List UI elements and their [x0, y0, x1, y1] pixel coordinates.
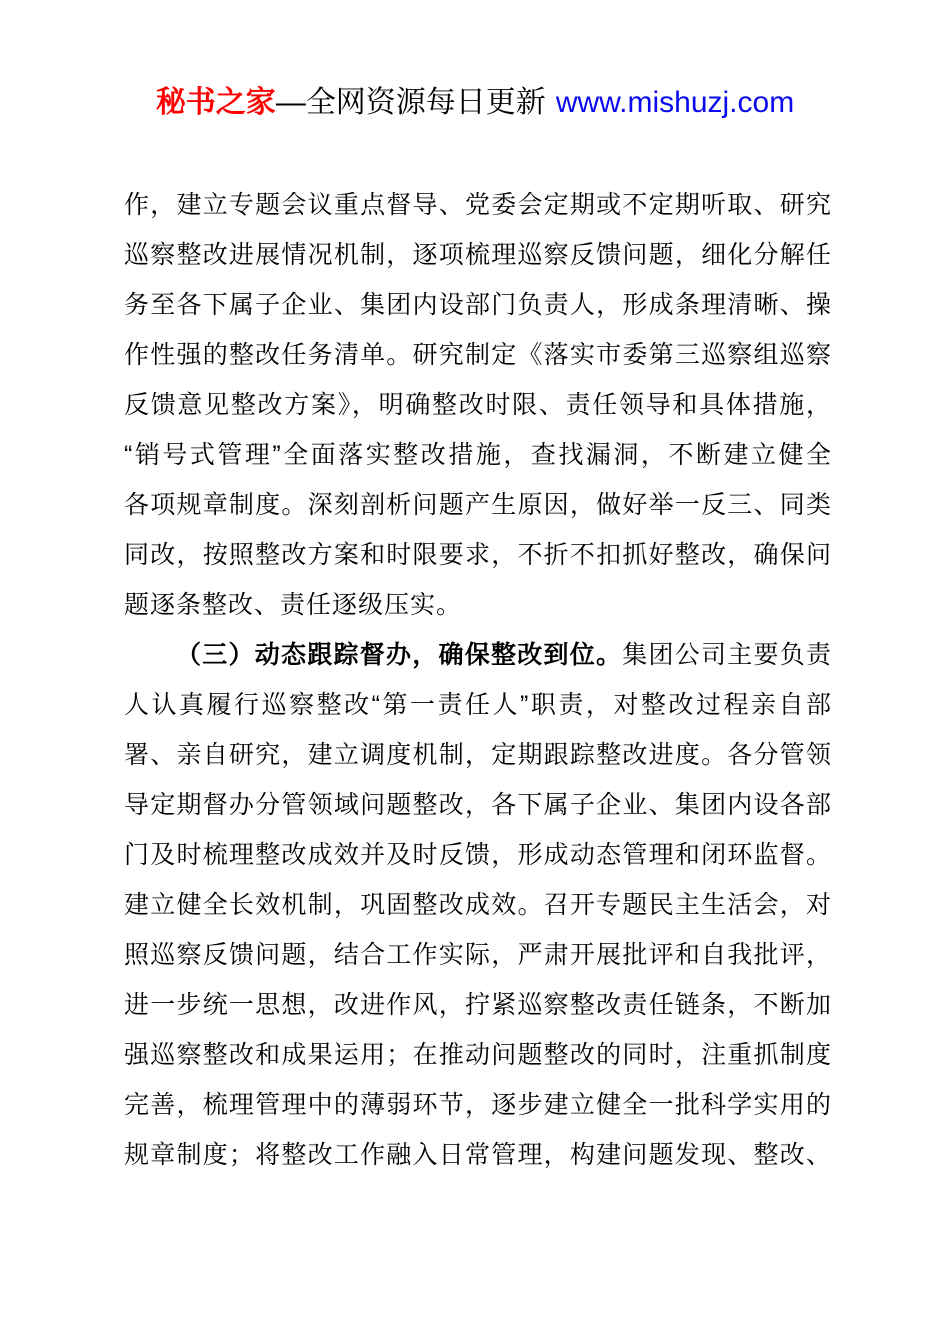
paragraph-line: 照巡察反馈问题，结合工作实际，严肃开展批评和自我批评， [124, 930, 832, 980]
paragraph-line: 反馈意见整改方案》，明确整改时限、责任领导和具体措施， [124, 380, 832, 430]
paragraph-line: 导定期督办分管领域问题整改，各下属子企业、集团内设各部 [124, 780, 832, 830]
paragraph-line: 人认真履行巡察整改“第一责任人”职责，对整改过程亲自部 [124, 680, 832, 730]
paragraph-line: 规章制度；将整改工作融入日常管理，构建问题发现、整改、 [124, 1130, 832, 1180]
paragraph-line: 署、亲自研究，建立调度机制，定期跟踪整改进度。各分管领 [124, 730, 832, 780]
paragraph-line: 作性强的整改任务清单。研究制定《落实市委第三巡察组巡察 [124, 330, 832, 380]
paragraph-last-line: 题逐条整改、责任逐级压实。 [124, 580, 832, 630]
paragraph-line: 作，建立专题会议重点督导、党委会定期或不定期听取、研究 [124, 180, 832, 230]
document-page: 秘书之家—全网资源每日更新www.mishuzj.com 作，建立专题会议重点督… [0, 0, 950, 1344]
paragraph-line: 进一步统一思想，改进作风，拧紧巡察整改责任链条，不断加 [124, 980, 832, 1030]
paragraph-line: 同改，按照整改方案和时限要求，不折不扣抓好整改，确保问 [124, 530, 832, 580]
paragraph-continuation: 作，建立专题会议重点督导、党委会定期或不定期听取、研究 巡察整改进展情况机制，逐… [124, 180, 832, 630]
paragraph-line: 务至各下属子企业、集团内设部门负责人，形成条理清晰、操 [124, 280, 832, 330]
paragraph-line: 各项规章制度。深刻剖析问题产生原因，做好举一反三、同类 [124, 480, 832, 530]
paragraph-line: 建立健全长效机制，巩固整改成效。召开专题民主生活会，对 [124, 880, 832, 930]
site-url-link[interactable]: www.mishuzj.com [556, 86, 794, 119]
site-brand: 秘书之家 [156, 86, 276, 119]
site-header: 秘书之家—全网资源每日更新www.mishuzj.com [0, 83, 950, 123]
paragraph-section-three: （三）动态跟踪督办，确保整改到位。集团公司主要负责 人认真履行巡察整改“第一责任… [124, 630, 832, 1180]
site-tagline: —全网资源每日更新 [276, 86, 546, 119]
paragraph-line: 门及时梳理整改成效并及时反馈，形成动态管理和闭环监督。 [124, 830, 832, 880]
paragraph-line: 巡察整改进展情况机制，逐项梳理巡察反馈问题，细化分解任 [124, 230, 832, 280]
section-heading-bold: （三）动态跟踪督办，确保整改到位。 [176, 641, 622, 669]
section-heading-rest: 集团公司主要负责 [622, 641, 832, 669]
paragraph-line: 强巡察整改和成果运用；在推动问题整改的同时，注重抓制度 [124, 1030, 832, 1080]
paragraph-line: “销号式管理”全面落实整改措施，查找漏洞，不断建立健全 [124, 430, 832, 480]
section-heading-line: （三）动态跟踪督办，确保整改到位。集团公司主要负责 [124, 630, 832, 680]
document-body: 作，建立专题会议重点督导、党委会定期或不定期听取、研究 巡察整改进展情况机制，逐… [124, 180, 832, 1180]
paragraph-line: 完善，梳理管理中的薄弱环节，逐步建立健全一批科学实用的 [124, 1080, 832, 1130]
